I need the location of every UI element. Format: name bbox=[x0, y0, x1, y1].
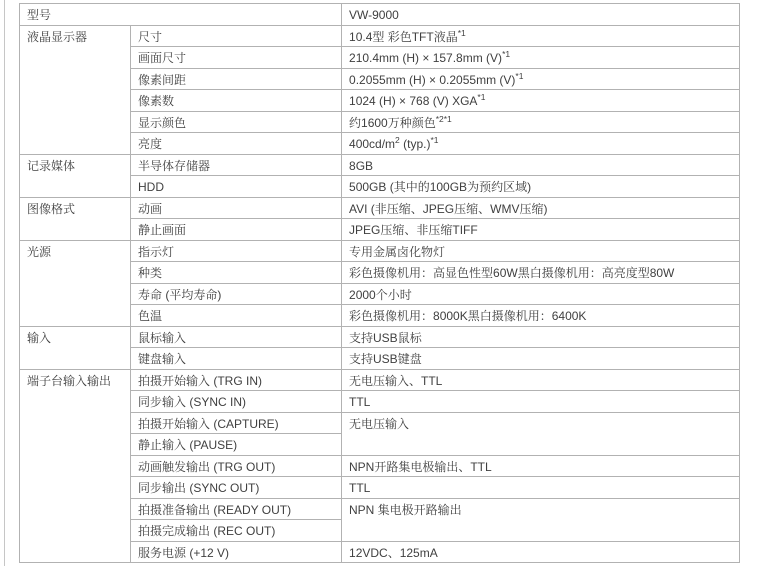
spec-value-cell: NPN开路集电极输出、TTL bbox=[342, 455, 740, 477]
spec-value-cell: NPN 集电极开路输出 bbox=[342, 498, 740, 541]
footnote-superscript: *1 bbox=[458, 28, 466, 38]
spec-value-cell: JPEG压缩、非压缩TIFF bbox=[342, 219, 740, 241]
spec-category-cell: 型号 bbox=[20, 4, 342, 26]
spec-item-cell: HDD bbox=[131, 176, 342, 198]
spec-item-cell: 键盘输入 bbox=[131, 348, 342, 370]
spec-item-cell: 拍摄完成输出 (REC OUT) bbox=[131, 520, 342, 542]
spec-item-cell: 种类 bbox=[131, 262, 342, 284]
footnote-superscript: *1 bbox=[430, 135, 438, 145]
spec-item-cell: 显示颜色 bbox=[131, 111, 342, 133]
spec-table: 型号VW-9000液晶显示器尺寸10.4型 彩色TFT液晶*1画面尺寸210.4… bbox=[19, 3, 740, 563]
spec-item-cell: 服务电源 (+12 V) bbox=[131, 541, 342, 563]
spec-category-cell: 光源 bbox=[20, 240, 131, 326]
spec-item-cell: 鼠标输入 bbox=[131, 326, 342, 348]
spec-item-cell: 寿命 (平均寿命) bbox=[131, 283, 342, 305]
spec-item-cell: 同步输入 (SYNC IN) bbox=[131, 391, 342, 413]
spec-value-cell: VW-9000 bbox=[342, 4, 740, 26]
spec-category-cell: 图像格式 bbox=[20, 197, 131, 240]
table-row: 端子台输入输出拍摄开始输入 (TRG IN)无电压输入、TTL bbox=[20, 369, 740, 391]
spec-value-cell: 彩色摄像机用：8000K黑白摄像机用：6400K bbox=[342, 305, 740, 327]
spec-item-cell: 像素数 bbox=[131, 90, 342, 112]
table-row: 液晶显示器尺寸10.4型 彩色TFT液晶*1 bbox=[20, 25, 740, 47]
table-row: 输入鼠标输入支持USB鼠标 bbox=[20, 326, 740, 348]
footnote-superscript: *1 bbox=[502, 49, 510, 59]
spec-item-cell: 同步输出 (SYNC OUT) bbox=[131, 477, 342, 499]
spec-value-cell: TTL bbox=[342, 391, 740, 413]
spec-item-cell: 动画触发输出 (TRG OUT) bbox=[131, 455, 342, 477]
spec-value-cell: 0.2055mm (H) × 0.2055mm (V)*1 bbox=[342, 68, 740, 90]
spec-value-cell: 500GB (其中的100GB为预约区域) bbox=[342, 176, 740, 198]
spec-category-cell: 记录媒体 bbox=[20, 154, 131, 197]
spec-item-cell: 动画 bbox=[131, 197, 342, 219]
spec-value-cell: 2000个小时 bbox=[342, 283, 740, 305]
spec-value-cell: 10.4型 彩色TFT液晶*1 bbox=[342, 25, 740, 47]
footnote-superscript: 2 bbox=[395, 135, 400, 145]
spec-category-cell: 端子台输入输出 bbox=[20, 369, 131, 563]
spec-item-cell: 色温 bbox=[131, 305, 342, 327]
spec-value-cell: 约1600万种颜色*2*1 bbox=[342, 111, 740, 133]
spec-value-cell: 8GB bbox=[342, 154, 740, 176]
spec-value-cell: 210.4mm (H) × 157.8mm (V)*1 bbox=[342, 47, 740, 69]
spec-value-cell: 支持USB键盘 bbox=[342, 348, 740, 370]
page-left-border bbox=[4, 0, 5, 566]
spec-value-cell: 彩色摄像机用：高显色性型60W黑白摄像机用：高亮度型80W bbox=[342, 262, 740, 284]
footnote-superscript: *1 bbox=[477, 92, 485, 102]
spec-value-cell: 无电压输入 bbox=[342, 412, 740, 455]
table-row: 光源指示灯专用金属卤化物灯 bbox=[20, 240, 740, 262]
spec-value-cell: 支持USB鼠标 bbox=[342, 326, 740, 348]
spec-item-cell: 像素间距 bbox=[131, 68, 342, 90]
spec-value-cell: AVI (非压缩、JPEG压缩、WMV压缩) bbox=[342, 197, 740, 219]
spec-item-cell: 拍摄开始输入 (TRG IN) bbox=[131, 369, 342, 391]
spec-item-cell: 指示灯 bbox=[131, 240, 342, 262]
spec-item-cell: 静止画面 bbox=[131, 219, 342, 241]
spec-category-cell: 液晶显示器 bbox=[20, 25, 131, 154]
spec-value-cell: 无电压输入、TTL bbox=[342, 369, 740, 391]
spec-item-cell: 拍摄开始输入 (CAPTURE) bbox=[131, 412, 342, 434]
spec-value-cell: 专用金属卤化物灯 bbox=[342, 240, 740, 262]
table-row: 型号VW-9000 bbox=[20, 4, 740, 26]
spec-table-body: 型号VW-9000液晶显示器尺寸10.4型 彩色TFT液晶*1画面尺寸210.4… bbox=[20, 4, 740, 563]
spec-item-cell: 亮度 bbox=[131, 133, 342, 155]
spec-item-cell: 画面尺寸 bbox=[131, 47, 342, 69]
spec-item-cell: 半导体存储器 bbox=[131, 154, 342, 176]
table-row: 图像格式动画AVI (非压缩、JPEG压缩、WMV压缩) bbox=[20, 197, 740, 219]
spec-page: 型号VW-9000液晶显示器尺寸10.4型 彩色TFT液晶*1画面尺寸210.4… bbox=[0, 0, 760, 566]
footnote-superscript: *2*1 bbox=[436, 114, 452, 124]
spec-value-cell: 400cd/m2 (typ.)*1 bbox=[342, 133, 740, 155]
spec-item-cell: 静止输入 (PAUSE) bbox=[131, 434, 342, 456]
spec-category-cell: 输入 bbox=[20, 326, 131, 369]
spec-item-cell: 拍摄准备输出 (READY OUT) bbox=[131, 498, 342, 520]
spec-item-cell: 尺寸 bbox=[131, 25, 342, 47]
spec-value-cell: TTL bbox=[342, 477, 740, 499]
footnote-superscript: *1 bbox=[515, 71, 523, 81]
spec-value-cell: 12VDC、125mA bbox=[342, 541, 740, 563]
spec-value-cell: 1024 (H) × 768 (V) XGA*1 bbox=[342, 90, 740, 112]
table-row: 记录媒体半导体存储器8GB bbox=[20, 154, 740, 176]
